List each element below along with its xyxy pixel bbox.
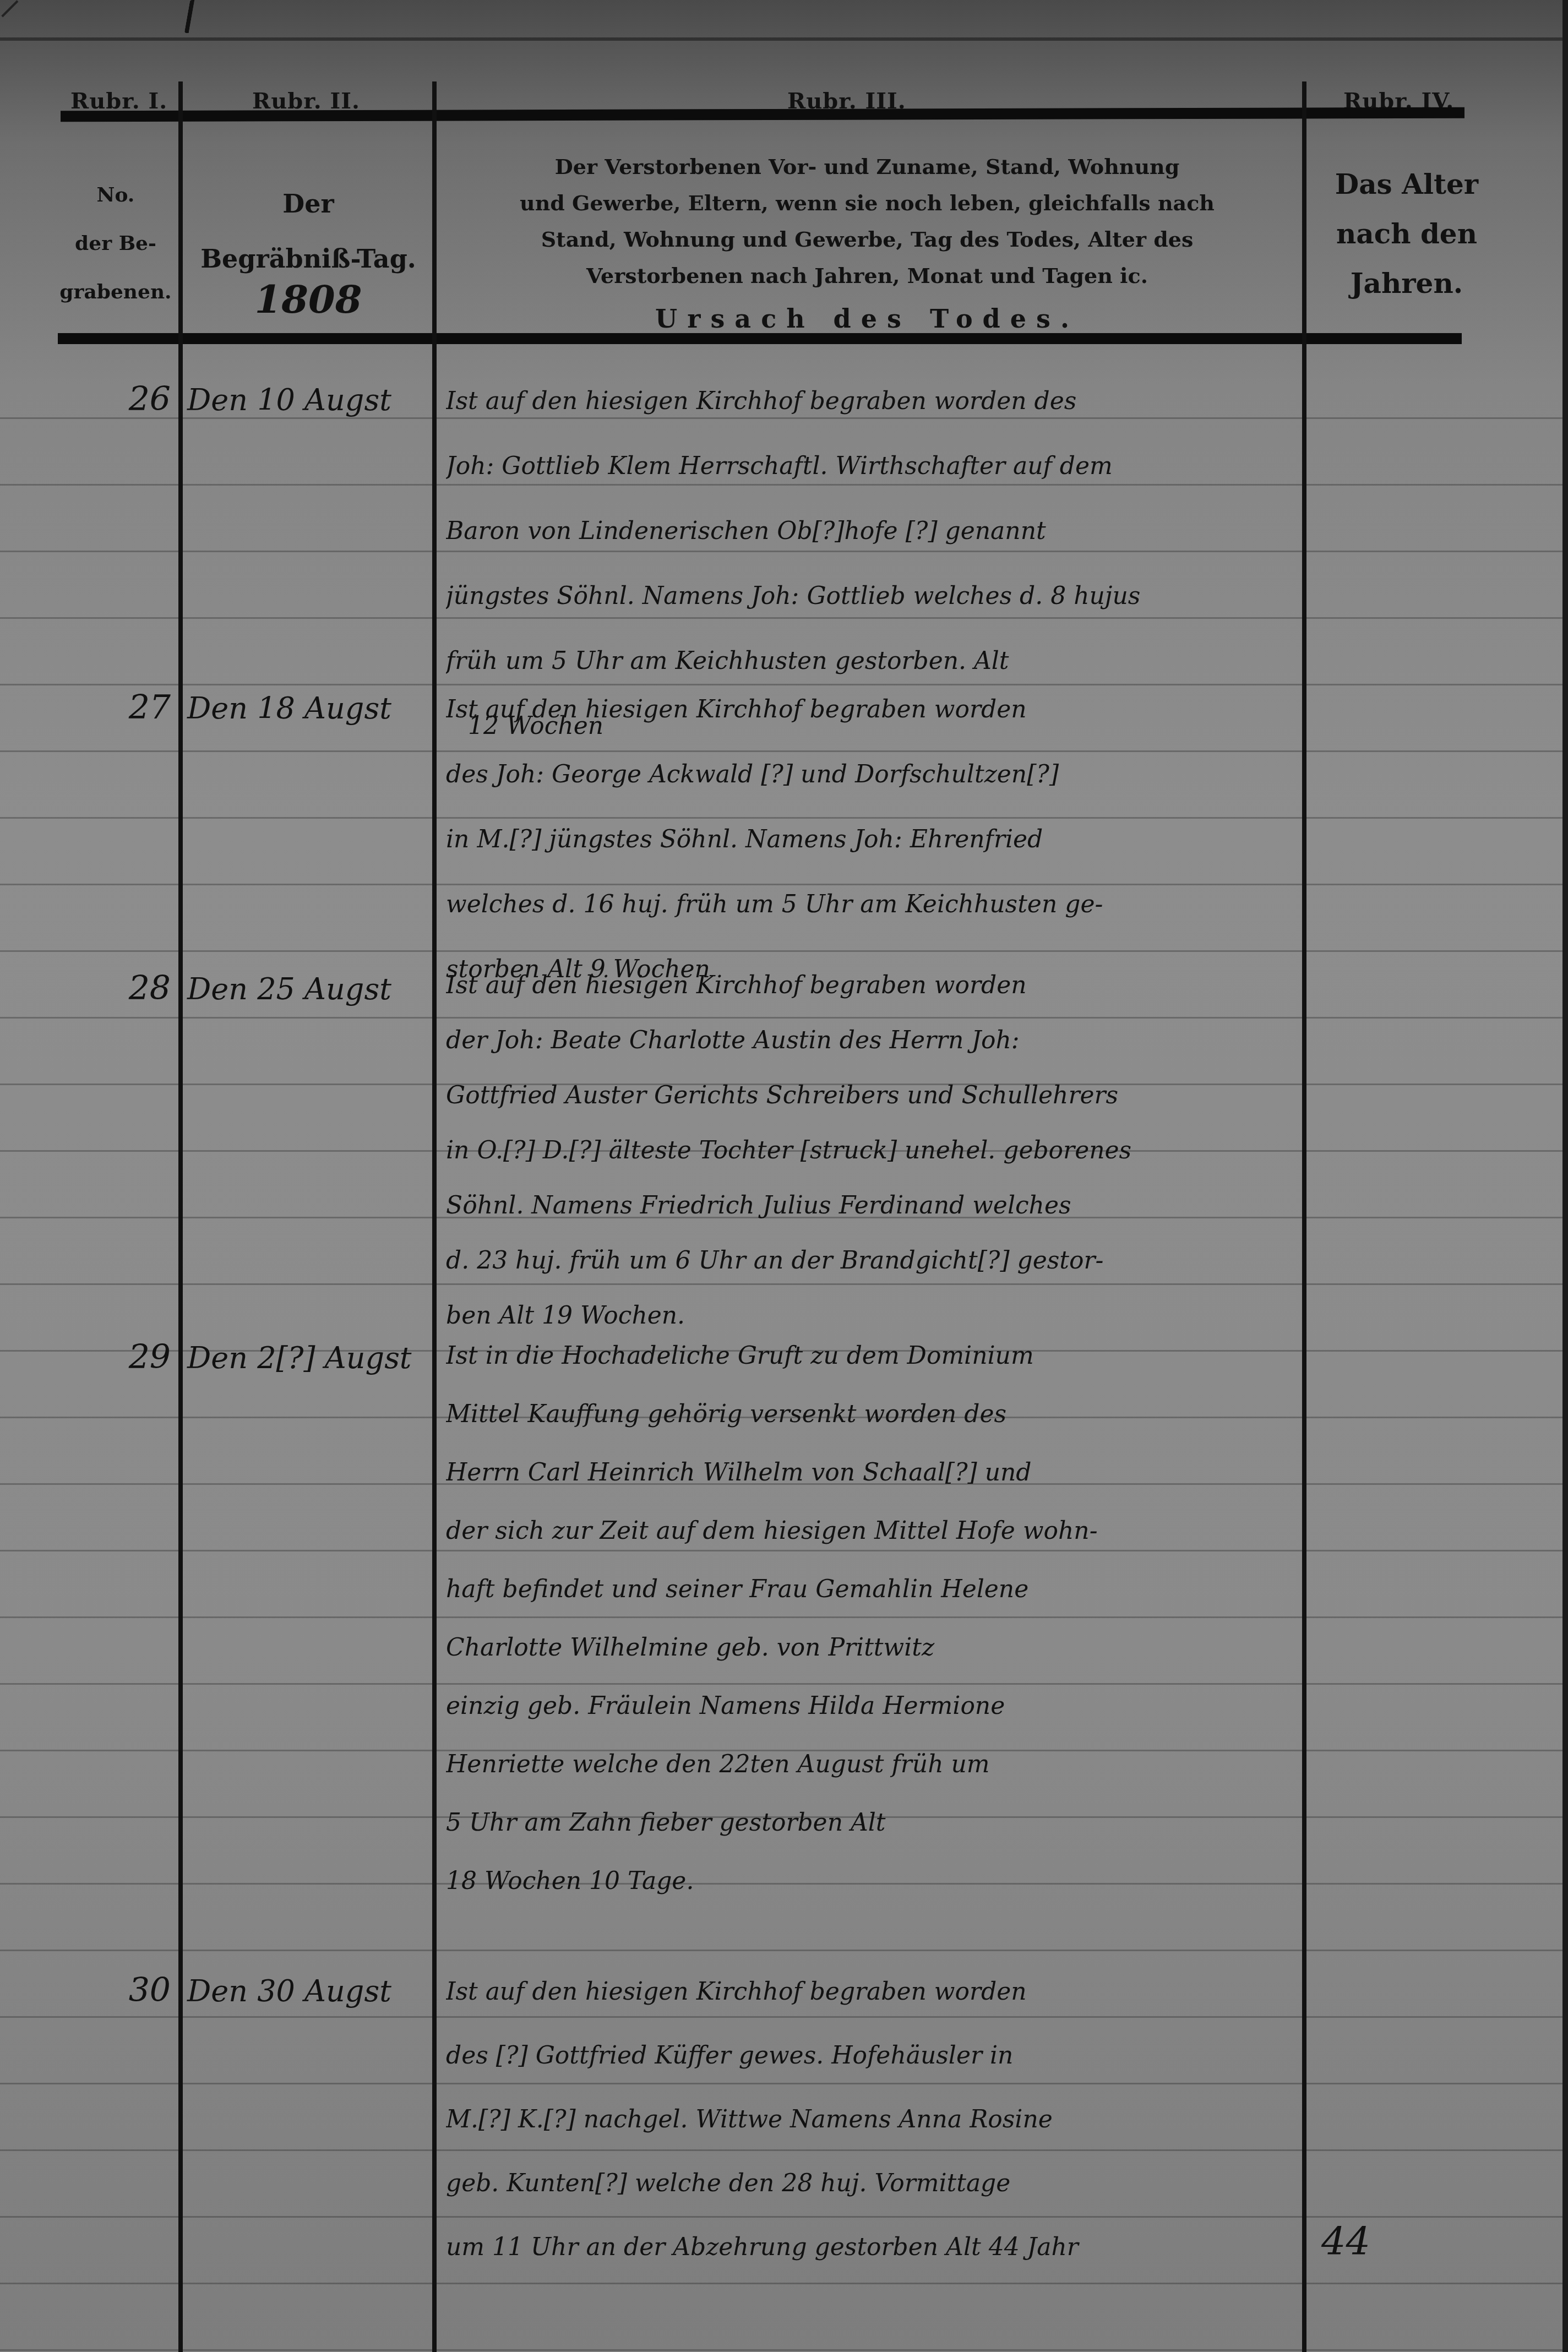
top-rule-line: [0, 37, 1568, 41]
header-year: 1808: [182, 283, 435, 316]
entry-line: in M.[?] jüngstes Söhnl. Namens Joh: Ehr…: [446, 807, 1294, 872]
entry-line: Söhnl. Namens Friedrich Julius Ferdinand…: [446, 1178, 1294, 1233]
entry-line: der sich zur Zeit auf dem hiesigen Mitte…: [446, 1502, 1294, 1560]
header-col1-line1: No.: [55, 171, 176, 219]
header-column-number: No. der Be- grabenen.: [55, 171, 176, 316]
header-column-burial-date: Der Begräbniß-Tag. 1808: [182, 176, 435, 316]
entry-line: jüngstes Söhnl. Namens Joh: Gottlieb wel…: [446, 564, 1294, 629]
entry-date: Den 25 Augst: [187, 972, 429, 1006]
entry-line: haft befindet und seiner Frau Gemahlin H…: [446, 1560, 1294, 1619]
header-col1-line3: grabenen.: [55, 268, 176, 316]
header-col1-line2: der Be-: [55, 219, 176, 268]
entry-line: Ist auf den hiesigen Kirchhof begraben w…: [446, 958, 1294, 1013]
column-divider-3: [1302, 81, 1306, 2352]
entry-line: des Joh: George Ackwald [?] und Dorfschu…: [446, 742, 1294, 807]
entry-line: um 11 Uhr an der Abzehrung gestorben Alt…: [446, 2215, 1294, 2279]
entry-line: Charlotte Wilhelmine geb. von Prittwitz: [446, 1619, 1294, 1677]
entry-line: d. 23 huj. früh um 6 Uhr an der Brandgic…: [446, 1233, 1294, 1288]
entry-date: Den 2[?] Augst: [187, 1341, 429, 1375]
header-col2-line1: Der: [182, 176, 435, 231]
entry-text: Ist auf den hiesigen Kirchhof begraben w…: [446, 677, 1294, 1002]
entry-line: 18 Wochen 10 Tage.: [446, 1852, 1294, 1910]
entry-line: M.[?] K.[?] nachgel. Wittwe Namens Anna …: [446, 2088, 1294, 2152]
entry-line: der Joh: Beate Charlotte Austin des Herr…: [446, 1013, 1294, 1068]
previous-page-ink-stroke: [184, 0, 208, 33]
header-col4-line1: Das Alter: [1310, 160, 1503, 209]
column-divider-1: [178, 81, 183, 2352]
entry-line: geb. Kunten[?] welche den 28 huj. Vormit…: [446, 2152, 1294, 2215]
entry-text: Ist auf den hiesigen Kirchhof begraben w…: [446, 958, 1294, 1343]
entry-line: Herrn Carl Heinrich Wilhelm von Schaal[?…: [446, 1444, 1294, 1502]
header-col3-line1: Der Verstorbenen Vor- und Zuname, Stand,…: [440, 149, 1294, 185]
header-col3-line3: Stand, Wohnung und Gewerbe, Tag des Tode…: [440, 221, 1294, 258]
entry-line: Henriette welche den 22ten August früh u…: [446, 1735, 1294, 1794]
entry-date: Den 18 Augst: [187, 691, 429, 726]
entry-number: 29: [110, 1338, 171, 1376]
entry-number: 30: [110, 1971, 171, 2010]
entry-line: 5 Uhr am Zahn fieber gestorben Alt: [446, 1794, 1294, 1852]
entry-line: Ist auf den hiesigen Kirchhof begraben w…: [446, 369, 1294, 434]
column-divider-2: [432, 81, 437, 2352]
entry-age: 44: [1321, 2219, 1487, 2264]
header-column-description: Der Verstorbenen Vor- und Zuname, Stand,…: [440, 149, 1294, 337]
entry-line: welches d. 16 huj. früh um 5 Uhr am Keic…: [446, 872, 1294, 937]
entry-line: Ist auf den hiesigen Kirchhof begraben w…: [446, 677, 1294, 742]
entry-text: Ist auf den hiesigen Kirchhof begraben w…: [446, 1960, 1294, 2279]
entry-line: Joh: Gottlieb Klem Herrschaftl. Wirthsch…: [446, 434, 1294, 499]
entry-line: Ist auf den hiesigen Kirchhof begraben w…: [446, 1960, 1294, 2024]
page-right-edge: [1562, 0, 1568, 2352]
header-cause-of-death: Ursach des Todes.: [440, 301, 1294, 337]
entry-number: 27: [110, 688, 171, 727]
entry-date: Den 10 Augst: [187, 383, 429, 417]
entry-line: in O.[?] D.[?] älteste Tochter [struck] …: [446, 1123, 1294, 1178]
entry-line: Mittel Kauffung gehörig versenkt worden …: [446, 1385, 1294, 1444]
entry-line: Baron von Lindenerischen Ob[?]hofe [?] g…: [446, 499, 1294, 564]
register-page: Rubr. I. Rubr. II. Rubr. III. Rubr. IV. …: [0, 0, 1568, 2352]
entry-number: 26: [110, 380, 171, 418]
header-col4-line2: nach den: [1310, 209, 1503, 259]
header-col4-line3: Jahren.: [1310, 259, 1503, 308]
previous-page-ink-stroke-left: [1, 0, 34, 32]
entry-line: Ist in die Hochadeliche Gruft zu dem Dom…: [446, 1327, 1294, 1385]
entry-number: 28: [110, 969, 171, 1008]
header-column-age: Das Alter nach den Jahren.: [1310, 160, 1503, 308]
entry-line: Gottfried Auster Gerichts Schreibers und…: [446, 1068, 1294, 1123]
entry-line: des [?] Gottfried Küffer gewes. Hofehäus…: [446, 2024, 1294, 2088]
header-col3-line2: und Gewerbe, Eltern, wenn sie noch leben…: [440, 185, 1294, 221]
header-col3-line4: Verstorbenen nach Jahren, Monat und Tage…: [440, 258, 1294, 294]
entry-text: Ist in die Hochadeliche Gruft zu dem Dom…: [446, 1327, 1294, 1910]
entry-line: einzig geb. Fräulein Namens Hilda Hermio…: [446, 1677, 1294, 1735]
entry-date: Den 30 Augst: [187, 1974, 429, 2008]
